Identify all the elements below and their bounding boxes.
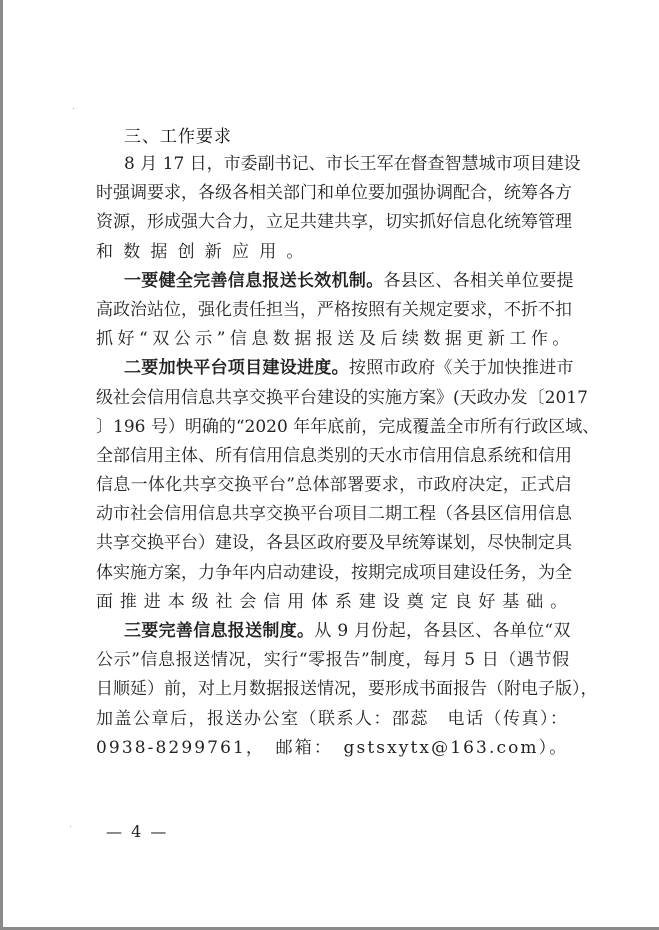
text-line: 三要完善信息报送制度。从 9 月份起，各县区、各单位“双 — [96, 617, 572, 646]
text-line: 面推进本级社会信用体系建设奠定良好基础。 — [96, 588, 572, 617]
text-line: 共享交换平台）建设，各县区政府要及早统筹谋划，尽快制定具 — [96, 529, 572, 558]
text-line: 一要健全完善信息报送长效机制。各县区、各相关单位要提 — [96, 267, 572, 296]
text-line: 级社会信用信息共享交换平台建设的实施方案》(天政办发〔2017 — [96, 384, 572, 413]
line-text: 各县区、各相关单位要提 — [384, 271, 574, 291]
text-line: 高政治站位，强化责任担当，严格按照有关规定要求，不折不扣 — [96, 296, 572, 325]
line-text: 高政治站位，强化责任担当，严格按照有关规定要求，不折不扣 — [96, 300, 572, 320]
text-line: 时强调要求，各级各相关部门和单位要加强协调配合，统筹各方 — [96, 179, 572, 208]
line-text: 面推进本级社会信用体系建设奠定良好基础。 — [96, 592, 574, 612]
document-body: 三、工作要求 8 月 17 日，市委副书记、市长王军在督查智慧城市项目建设 时强… — [96, 125, 572, 763]
scan-speck — [73, 108, 74, 109]
line-text: 体实施方案，力争年内启动建设，按期完成项目建设任务，为全 — [96, 563, 572, 583]
scan-speck — [70, 826, 71, 827]
document-page: 三、工作要求 8 月 17 日，市委副书记、市长王军在督查智慧城市项目建设 时强… — [0, 0, 659, 930]
paragraph-lead: 二要加快平台项目建设进度。 — [124, 358, 349, 378]
line-text: 〕196 号）明确的“2020 年年底前，完成覆盖全市所有行政区域、 — [96, 417, 599, 437]
section-heading: 三、工作要求 — [96, 125, 572, 150]
text-line: 资源，形成强大合力，立足共建共享，切实抓好信息化统筹管理 — [96, 208, 572, 237]
paragraph-lead: 一要健全完善信息报送长效机制。 — [124, 271, 384, 291]
text-line: 全部信用主体、所有信用信息类别的天水市信用信息系统和信用 — [96, 442, 572, 471]
paragraph-lead: 三要完善信息报送制度。 — [124, 621, 314, 641]
text-line: 日顺延）前，对上月数据报送情况，要形成书面报告（附电子版）， — [96, 675, 572, 704]
text-line: 抓好“双公示”信息数据报送及后续数据更新工作。 — [96, 325, 572, 354]
line-text: 信息一体化共享交换平台”总体部署要求，市政府决定，正式启 — [96, 475, 572, 495]
text-line: 二要加快平台项目建设进度。按照市政府《关于加快推进市 — [96, 354, 572, 383]
paragraph-lines: 8 月 17 日，市委副书记、市长王军在督查智慧城市项目建设 时强调要求，各级各… — [96, 150, 572, 763]
line-text: 时强调要求，各级各相关部门和单位要加强协调配合，统筹各方 — [96, 183, 572, 203]
line-text: 加盖公章后，报送办公室（联系人：邵蕊 电话（传真）： — [96, 709, 569, 729]
line-text: 从 9 月份起，各县区、各单位“双 — [314, 621, 570, 641]
text-line: 动市社会信用信息共享交换平台项目二期工程（各县区信用信息 — [96, 500, 572, 529]
line-text: 动市社会信用信息共享交换平台项目二期工程（各县区信用信息 — [96, 504, 572, 524]
line-text: 共享交换平台）建设，各县区政府要及早统筹谋划，尽快制定具 — [96, 533, 572, 553]
line-text: 0938-8299761， 邮箱： gstsxytx@163.com）。 — [96, 738, 568, 758]
text-line: 0938-8299761， 邮箱： gstsxytx@163.com）。 — [96, 734, 572, 763]
text-line: 8 月 17 日，市委副书记、市长王军在督查智慧城市项目建设 — [96, 150, 572, 179]
line-text: 8 月 17 日，市委副书记、市长王军在督查智慧城市项目建设 — [124, 154, 581, 174]
line-text: 日顺延）前，对上月数据报送情况，要形成书面报告（附电子版）， — [96, 679, 598, 699]
text-line: 〕196 号）明确的“2020 年年底前，完成覆盖全市所有行政区域、 — [96, 413, 572, 442]
line-text: 全部信用主体、所有信用信息类别的天水市信用信息系统和信用 — [96, 446, 572, 466]
text-line: 信息一体化共享交换平台”总体部署要求，市政府决定，正式启 — [96, 471, 572, 500]
line-text: 按照市政府《关于加快推进市 — [349, 358, 574, 378]
line-text: 级社会信用信息共享交换平台建设的实施方案》(天政办发〔2017 — [96, 388, 588, 408]
line-text: 抓好“双公示”信息数据报送及后续数据更新工作。 — [96, 329, 574, 349]
text-line: 体实施方案，力争年内启动建设，按期完成项目建设任务，为全 — [96, 559, 572, 588]
line-text: 和数据创新应用。 — [96, 242, 314, 262]
text-line: 和数据创新应用。 — [96, 238, 572, 267]
line-text: 资源，形成强大合力，立足共建共享，切实抓好信息化统筹管理 — [96, 212, 572, 232]
text-line: 公示”信息报送情况，实行“零报告”制度，每月 5 日（遇节假 — [96, 646, 572, 675]
line-text: 公示”信息报送情况，实行“零报告”制度，每月 5 日（遇节假 — [96, 650, 570, 670]
text-line: 加盖公章后，报送办公室（联系人：邵蕊 电话（传真）： — [96, 705, 572, 734]
page-number: — 4 — — [106, 822, 168, 841]
